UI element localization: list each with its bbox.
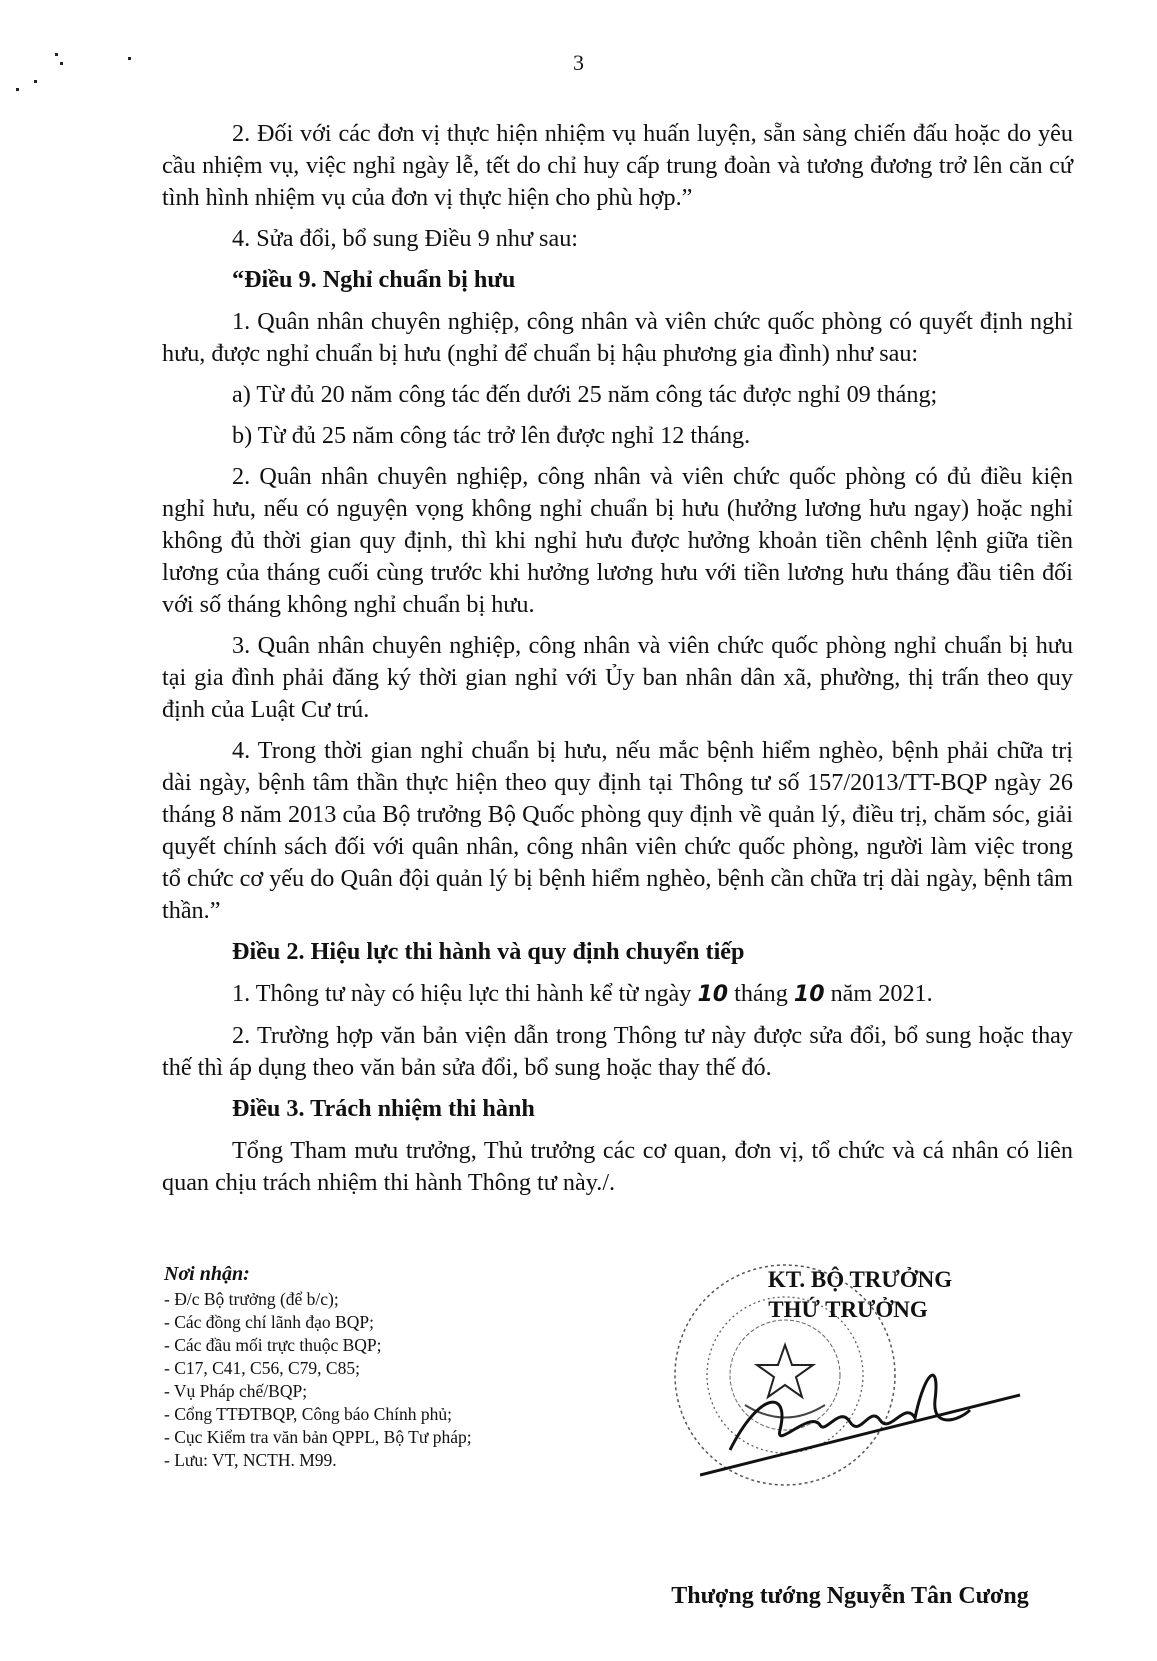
scan-artifact <box>55 53 58 56</box>
paragraph-clause-2: 2. Đối với các đơn vị thực hiện nhiệm vụ… <box>162 118 1073 214</box>
document-body: 2. Đối với các đơn vị thực hiện nhiệm vụ… <box>162 118 1073 1208</box>
effective-mid: tháng <box>728 980 794 1007</box>
recipient-item: - Cổng TTĐTBQP, Công báo Chính phủ; <box>164 1403 604 1426</box>
recipient-item: - Các đầu mối trực thuộc BQP; <box>164 1334 604 1357</box>
paragraph-article-9-clause-4: 4. Trong thời gian nghỉ chuẩn bị hưu, nế… <box>162 735 1073 927</box>
signature-title-line2: THỨ TRƯỞNG <box>648 1295 1048 1325</box>
recipients-block: Nơi nhận: - Đ/c Bộ trưởng (để b/c); - Cá… <box>164 1263 604 1472</box>
paragraph-effective-date: 1. Thông tư này có hiệu lực thi hành kể … <box>162 978 1073 1011</box>
article-9-heading: “Điều 9. Nghỉ chuẩn bị hưu <box>162 264 1073 296</box>
signature-block: KT. BỘ TRƯỞNG THỨ TRƯỞNG Thượng tướng Ng… <box>640 1265 1040 1605</box>
article-2-heading: Điều 2. Hiệu lực thi hành và quy định ch… <box>162 936 1073 968</box>
recipients-title: Nơi nhận: <box>164 1263 604 1286</box>
signature-title-line1: KT. BỘ TRƯỞNG <box>660 1265 1060 1295</box>
recipient-item: - Lưu: VT, NCTH. M99. <box>164 1449 604 1472</box>
recipient-item: - Vụ Pháp chế/BQP; <box>164 1380 604 1403</box>
scan-artifact <box>60 62 63 65</box>
effective-day: 10 <box>697 982 728 1007</box>
scan-artifact <box>128 57 131 60</box>
recipient-item: - Đ/c Bộ trưởng (để b/c); <box>164 1288 604 1311</box>
page-number: 3 <box>0 50 1157 76</box>
paragraph-point-a: a) Từ đủ 20 năm công tác đến dưới 25 năm… <box>162 379 1073 411</box>
effective-prefix: 1. Thông tư này có hiệu lực thi hành kể … <box>232 980 697 1007</box>
paragraph-article-3: Tổng Tham mưu trưởng, Thủ trưởng các cơ … <box>162 1135 1073 1199</box>
paragraph-article-2-clause-2: 2. Trường hợp văn bản viện dẫn trong Thô… <box>162 1020 1073 1084</box>
paragraph-point-b: b) Từ đủ 25 năm công tác trở lên được ng… <box>162 420 1073 452</box>
effective-month: 10 <box>794 982 825 1007</box>
handwritten-signature-icon <box>700 1350 1030 1480</box>
signer-name: Thượng tướng Nguyễn Tân Cương <box>640 1583 1060 1610</box>
recipient-item: - C17, C41, C56, C79, C85; <box>164 1357 604 1380</box>
scan-artifact <box>16 88 19 91</box>
recipient-item: - Các đồng chí lãnh đạo BQP; <box>164 1311 604 1334</box>
effective-suffix: năm 2021. <box>825 980 933 1007</box>
article-3-heading: Điều 3. Trách nhiệm thi hành <box>162 1093 1073 1125</box>
paragraph-amend-article-9: 4. Sửa đổi, bổ sung Điều 9 như sau: <box>162 223 1073 255</box>
paragraph-article-9-clause-1: 1. Quân nhân chuyên nghiệp, công nhân và… <box>162 306 1073 370</box>
paragraph-article-9-clause-2: 2. Quân nhân chuyên nghiệp, công nhân và… <box>162 461 1073 621</box>
scan-artifact <box>34 80 37 83</box>
paragraph-article-9-clause-3: 3. Quân nhân chuyên nghiệp, công nhân và… <box>162 630 1073 726</box>
recipient-item: - Cục Kiểm tra văn bản QPPL, Bộ Tư pháp; <box>164 1426 604 1449</box>
